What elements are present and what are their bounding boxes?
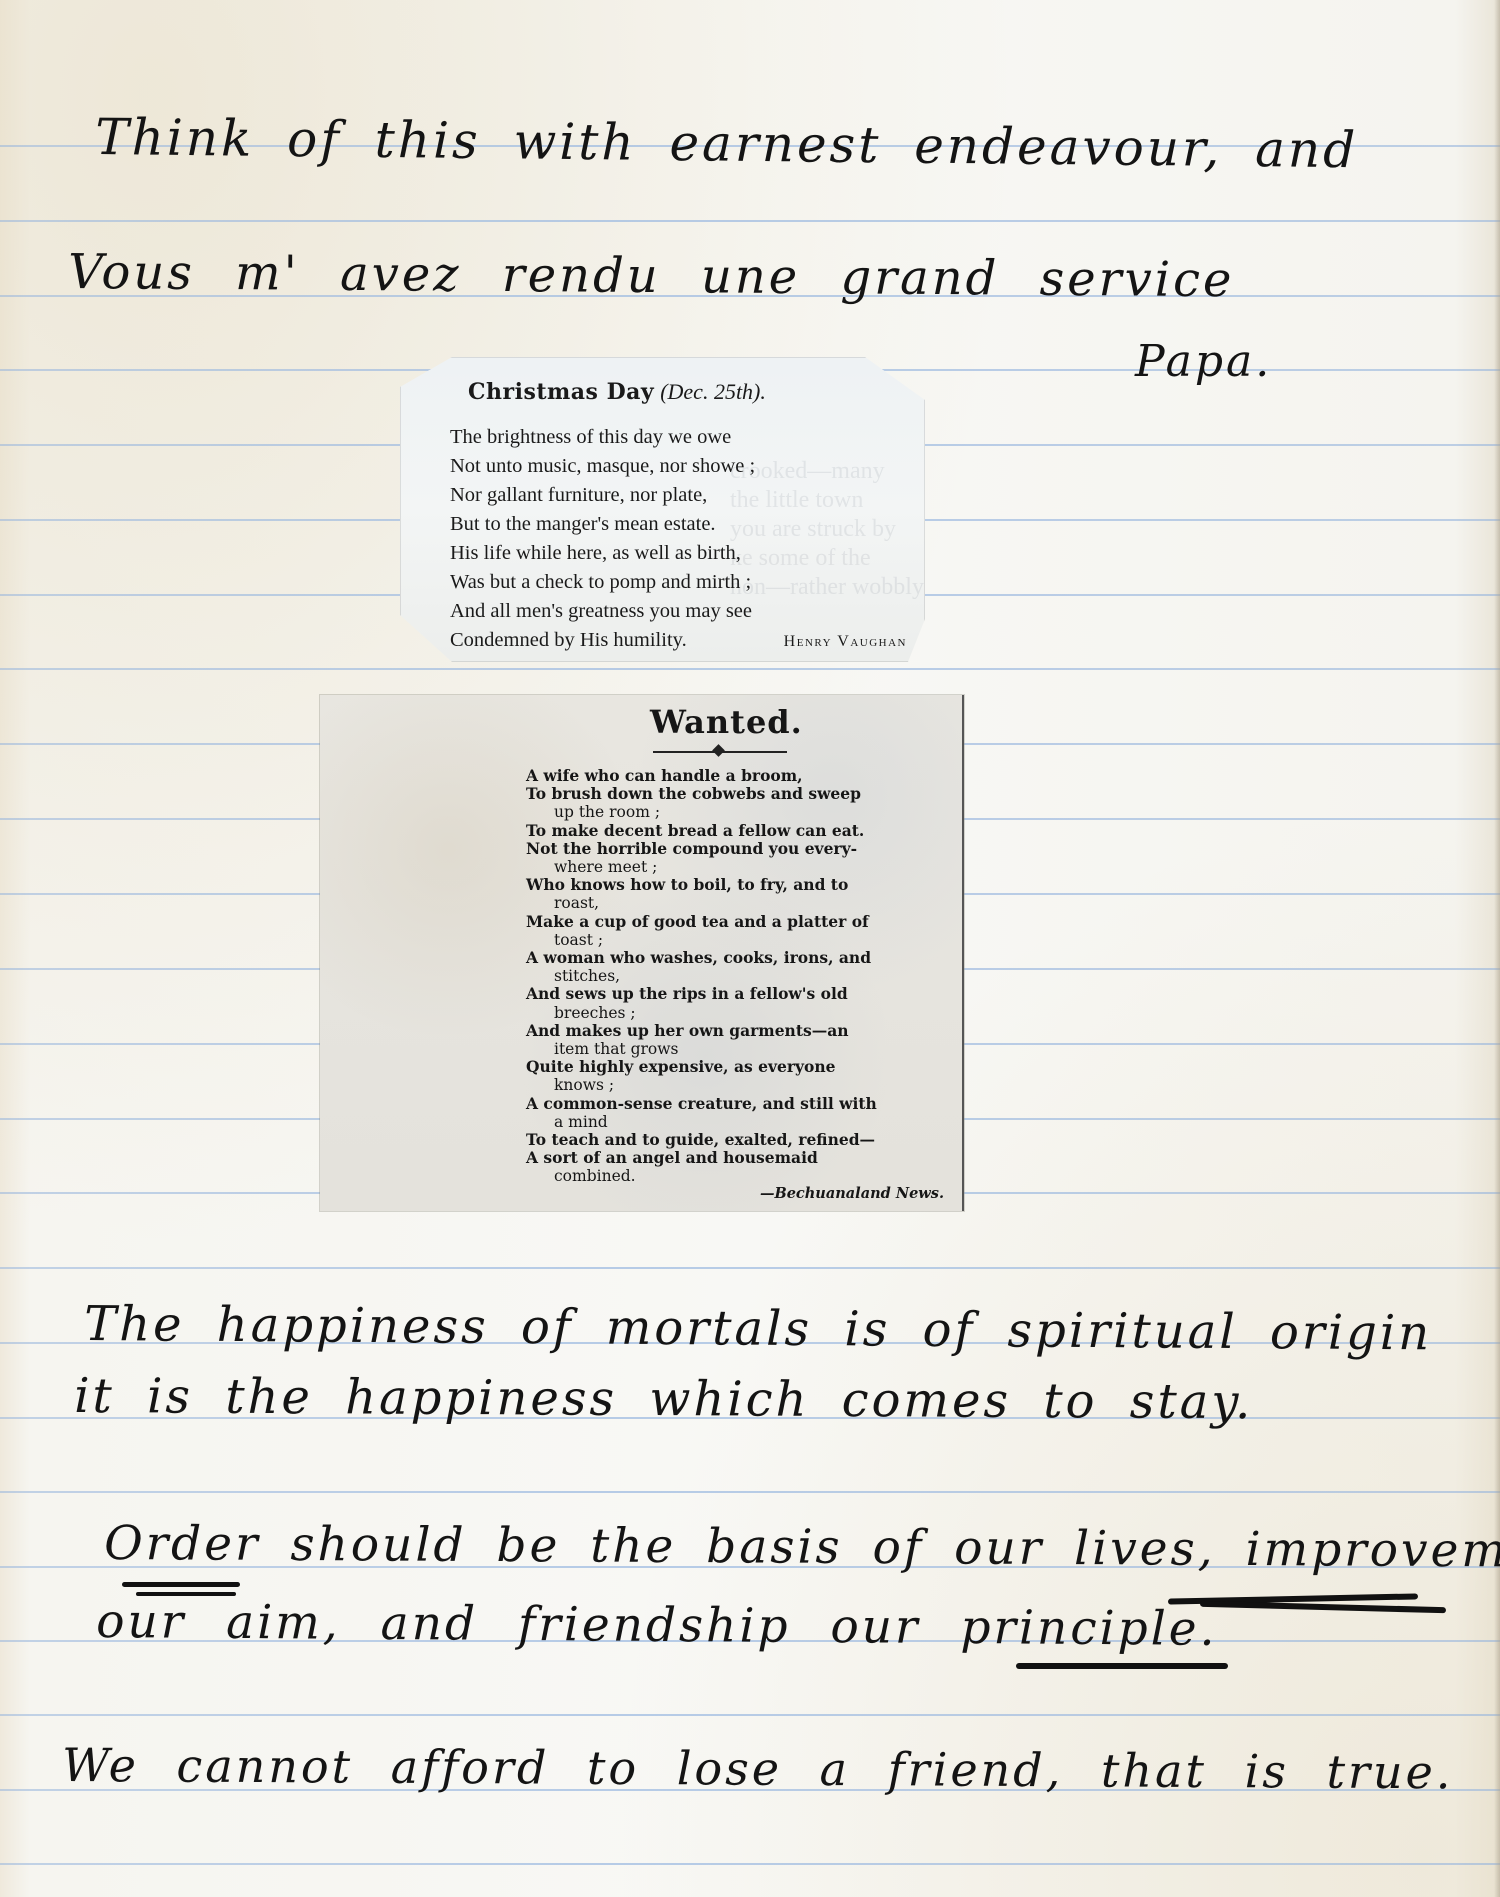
- poem-line: stitches,: [526, 967, 951, 985]
- showthrough-line: non—rather wobbly: [730, 573, 924, 602]
- poem-line: Make a cup of good tea and a platter of: [526, 913, 951, 931]
- poem-line: His life while here, as well as birth,: [450, 539, 755, 568]
- poem-line: To make decent bread a fellow can eat.: [526, 822, 951, 840]
- poem-line: roast,: [526, 894, 951, 912]
- poem-line: And sews up the rips in a fellow's old: [526, 985, 951, 1003]
- poem-title: Christmas Day: [468, 379, 654, 405]
- poem-line: Not the horrible compound you every-: [526, 840, 951, 858]
- ruled-line: [0, 1491, 1500, 1493]
- page-edge-shadow: [1494, 0, 1500, 1897]
- poem-line: up the room ;: [526, 803, 951, 821]
- poem-line: breeches ;: [526, 1004, 951, 1022]
- poem-line: Not unto music, masque, nor showe ;: [450, 452, 755, 481]
- ruled-line: [0, 220, 1500, 222]
- showthrough-line: crooked—many: [730, 457, 924, 486]
- ruled-line: [0, 1863, 1500, 1865]
- handwritten-line-vous: Vous m' avez rendu une grand service: [68, 244, 1235, 308]
- double-underline-order: [122, 1582, 240, 1587]
- poem-line: knows ;: [526, 1076, 951, 1094]
- poem-line: And makes up her own garments—an: [526, 1022, 951, 1040]
- poem-line: The brightness of this day we owe: [450, 423, 755, 452]
- handwritten-signature-papa: Papa.: [1135, 336, 1272, 387]
- poem-line: To teach and to guide, exalted, refined—: [526, 1131, 951, 1149]
- clipping-source: —Bechuanaland News.: [760, 1185, 944, 1202]
- poem-line: Nor gallant furniture, nor plate,: [450, 481, 755, 510]
- handwritten-text: should be the basis of our lives,: [260, 1517, 1245, 1577]
- showthrough-line: you are struck by: [730, 515, 924, 544]
- wanted-clipping: Wanted. A wife who can handle a broom, T…: [320, 695, 964, 1211]
- ruled-line: [0, 668, 1500, 670]
- underline-principle: [1016, 1663, 1228, 1669]
- poem-line: a mind: [526, 1113, 951, 1131]
- poem-body: A wife who can handle a broom, To brush …: [526, 767, 951, 1186]
- underlined-word-order: Order: [104, 1516, 261, 1572]
- handwritten-line-happiness: The happiness of mortals is of spiritual…: [84, 1296, 1432, 1361]
- clipping-title: Christmas Day(Dec. 25th).: [468, 379, 766, 405]
- showthrough-text: crooked—many the little town you are str…: [730, 457, 924, 602]
- poem-line: Quite highly expensive, as everyone: [526, 1058, 951, 1076]
- poem-line: A woman who washes, cooks, irons, and: [526, 949, 951, 967]
- poem-author: Henry Vaughan: [784, 633, 907, 651]
- christmas-day-clipping: crooked—many the little town you are str…: [400, 357, 925, 662]
- underlined-word-principle: principle.: [960, 1600, 1217, 1657]
- handwritten-line-friend: We cannot afford to lose a friend, that …: [62, 1738, 1454, 1799]
- poem-line: Condemned by His humility.: [450, 626, 755, 655]
- poem-line: A common-sense creature, and still with: [526, 1095, 951, 1113]
- ornament-diamond-icon: [712, 744, 725, 757]
- poem-line: To brush down the cobwebs and sweep: [526, 785, 951, 803]
- poem-line: item that grows: [526, 1040, 951, 1058]
- poem-line: But to the manger's mean estate.: [450, 510, 755, 539]
- poem-line: Who knows how to boil, to fry, and to: [526, 876, 951, 894]
- handwritten-text: our aim, and friendship our: [96, 1594, 961, 1655]
- poem-line: toast ;: [526, 931, 951, 949]
- poem-body: The brightness of this day we owe Not un…: [450, 423, 755, 655]
- poem-line: A wife who can handle a broom,: [526, 767, 951, 785]
- poem-line: A sort of an angel and housemaid: [526, 1149, 951, 1167]
- ruled-line: [0, 1267, 1500, 1269]
- poem-line: Was but a check to pomp and mirth ;: [450, 568, 755, 597]
- handwritten-line-comes-to-stay: it is the happiness which comes to stay.: [74, 1368, 1253, 1430]
- handwritten-line-our-aim: our aim, and friendship our principle.: [96, 1594, 1218, 1657]
- showthrough-line: the little town: [730, 486, 924, 515]
- showthrough-line: ke some of the: [730, 544, 924, 573]
- poem-date: (Dec. 25th).: [660, 379, 766, 404]
- scrapbook-page: Think of this with earnest endeavour, an…: [0, 0, 1500, 1897]
- handwritten-line-order: Order should be the basis of our lives, …: [104, 1516, 1500, 1579]
- poem-line: combined.: [526, 1167, 951, 1185]
- underlined-word-improvement: improvement: [1245, 1522, 1500, 1579]
- poem-line: where meet ;: [526, 858, 951, 876]
- ruled-line: [0, 1714, 1500, 1716]
- poem-line: And all men's greatness you may see: [450, 597, 755, 626]
- clipping-title: Wanted.: [650, 703, 803, 741]
